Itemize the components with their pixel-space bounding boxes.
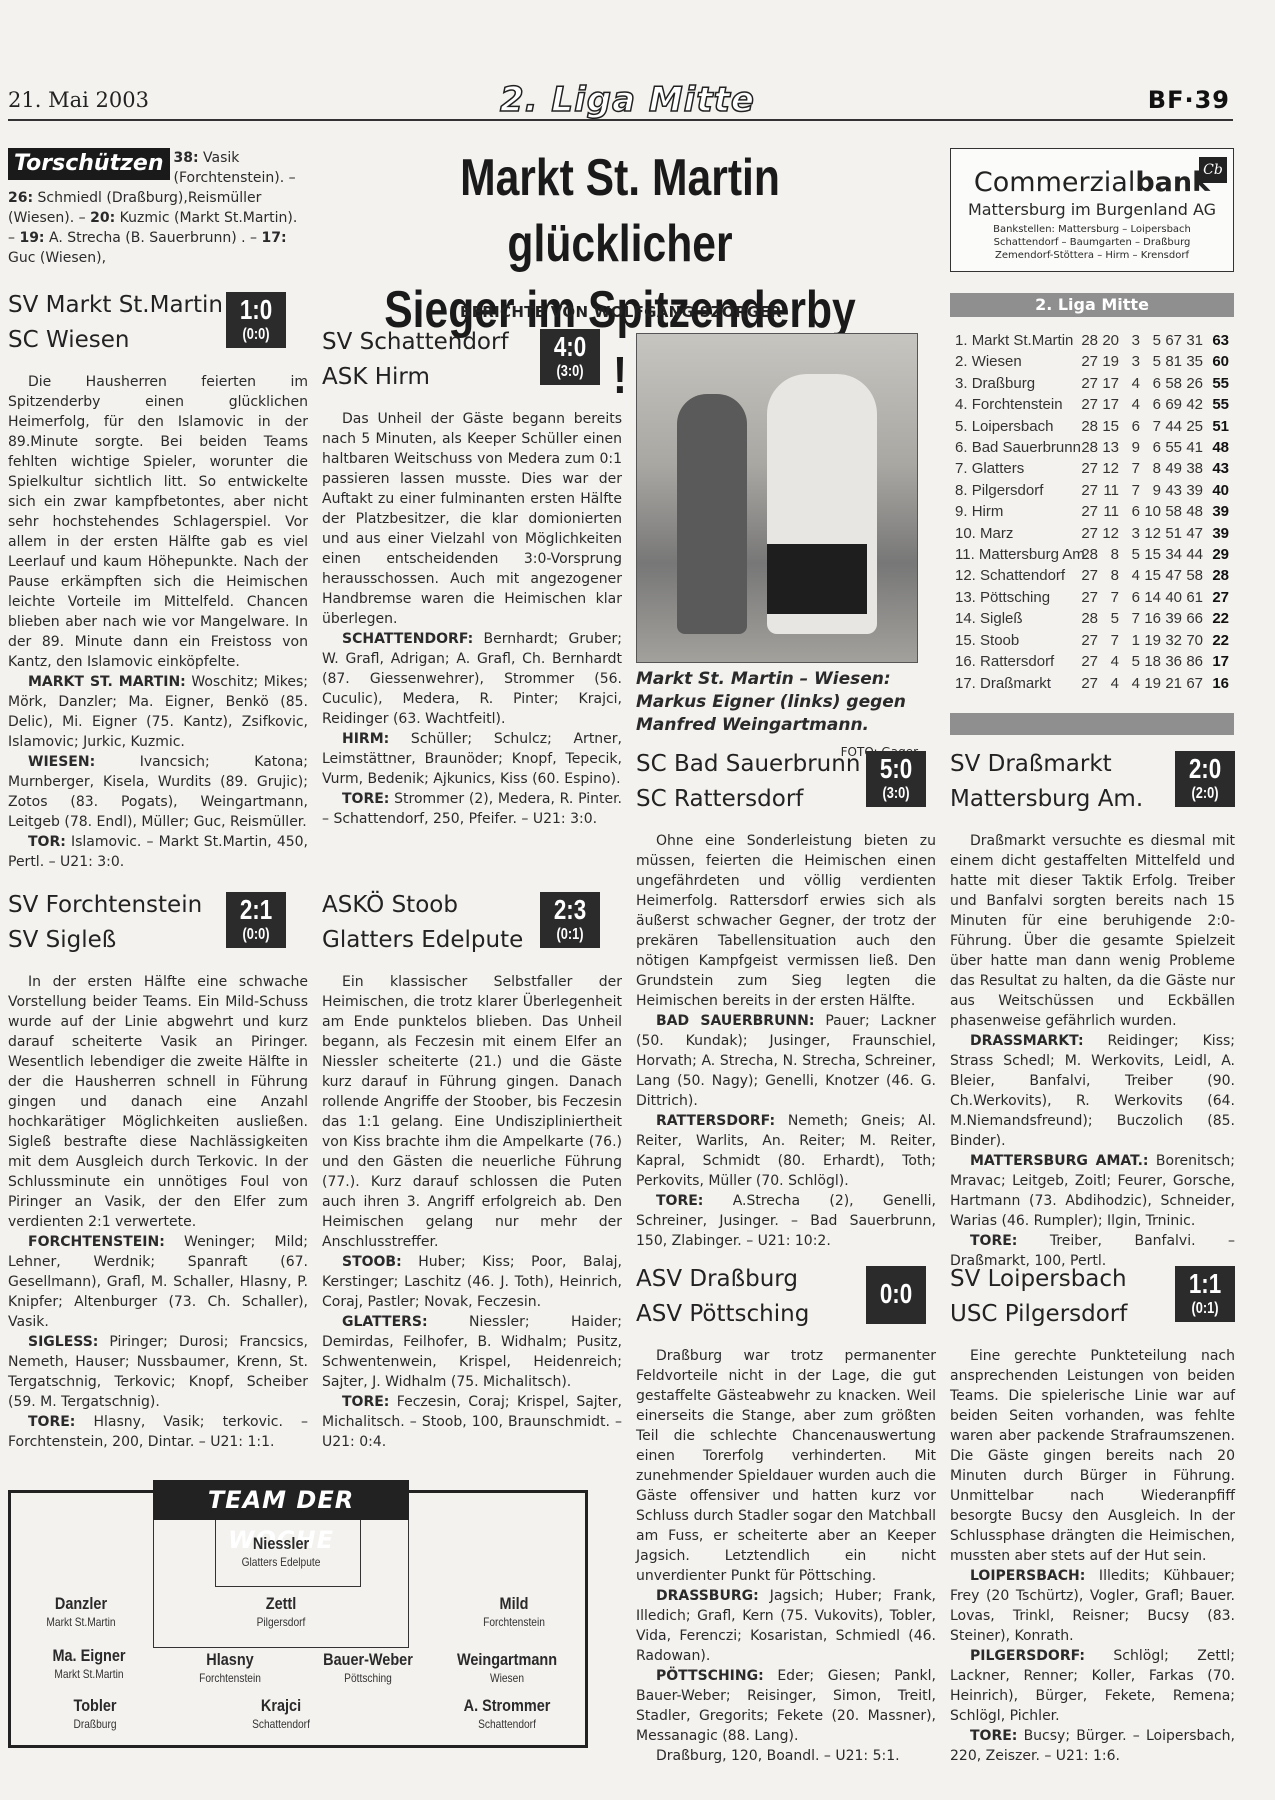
standings-cell-tf: 36 <box>1161 651 1182 672</box>
player-danzler: DanzlerMarkt St.Martin <box>6 1594 156 1630</box>
standings-cell-p: 43 <box>1203 458 1229 479</box>
standings-cell-p: 60 <box>1203 351 1229 372</box>
goals-line: Draßburg, 120, Boandl. – U21: 5:1. <box>636 1746 936 1766</box>
standings-cell-u: 7 <box>1119 480 1140 501</box>
standings-cell-team: 16. Rattersdorf <box>955 651 1077 672</box>
goals-line: TORE: A.Strecha (2), Genelli, Schreiner,… <box>636 1191 936 1251</box>
standings-row: 12. Schattendorf278415475828 <box>955 565 1235 586</box>
column-3b: ASV Draßburg ASV Pöttsching 0:0 Draßburg… <box>636 1262 936 1766</box>
standings-cell-ta: 61 <box>1182 587 1203 608</box>
game-header: SV Forchtenstein SV Sigleß 2:1(0:0) <box>8 888 308 960</box>
standings-cell-team: 1. Markt St.Martin <box>955 330 1077 351</box>
standings-cell-n: 15 <box>1140 544 1161 565</box>
standings-cell-n: 15 <box>1140 565 1161 586</box>
bank-name: Commerzialbank <box>951 167 1233 198</box>
standings-cell-s: 19 <box>1098 351 1119 372</box>
standings-cell-tf: 39 <box>1161 608 1182 629</box>
commerzialbank-ad: Cb Commerzialbank Mattersburg im Burgenl… <box>950 148 1234 272</box>
standings-cell-tf: 58 <box>1161 501 1182 522</box>
standings-title: 2. Liga Mitte <box>950 293 1234 317</box>
standings-table: 1. Markt St.Martin2820356731632. Wiesen2… <box>955 330 1235 694</box>
standings-cell-u: 4 <box>1119 673 1140 694</box>
match-report: Draßmarkt versuchte es diesmal mit einem… <box>950 831 1235 1031</box>
standings-footer-bar <box>950 713 1234 735</box>
standings-cell-team: 12. Schattendorf <box>955 565 1077 586</box>
match-report: Die Hausherren feierten im Spitzenderby … <box>8 372 308 672</box>
section-title: 2. Liga Mitte <box>500 80 755 120</box>
standings-row: 13. Pöttsching277614406127 <box>955 587 1235 608</box>
standings-cell-n: 19 <box>1140 630 1161 651</box>
player-zettl: ZettlPilgersdorf <box>206 1594 356 1630</box>
standings-cell-sp: 27 <box>1077 480 1098 501</box>
match-report: Draßburg war trotz permanenter Feldvorte… <box>636 1346 936 1586</box>
standings-cell-ta: 31 <box>1182 330 1203 351</box>
bank-subtitle: Mattersburg im Burgenland AG <box>951 200 1233 219</box>
standings-cell-p: 29 <box>1203 544 1229 565</box>
standings-cell-sp: 27 <box>1077 394 1098 415</box>
column-4b: SV Loipersbach USC Pilgersdorf 1:1(0:1) … <box>950 1262 1235 1766</box>
match-photo <box>636 333 918 663</box>
standings-cell-tf: 51 <box>1161 523 1182 544</box>
standings-row: 14. Sigleß285716396622 <box>955 608 1235 629</box>
match-report: Ohne eine Sonderleistung bieten zu müsse… <box>636 831 936 1011</box>
standings-cell-s: 4 <box>1098 673 1119 694</box>
standings-cell-team: 14. Sigleß <box>955 608 1077 629</box>
standings-cell-p: 22 <box>1203 630 1229 651</box>
away-lineup: RATTERSDORF: Nemeth; Gneis; Al. Reiter, … <box>636 1111 936 1191</box>
player-mild: MildForchtenstein <box>439 1594 589 1630</box>
standings-cell-sp: 27 <box>1077 501 1098 522</box>
standings-cell-p: 51 <box>1203 416 1229 437</box>
standings-cell-s: 13 <box>1098 437 1119 458</box>
standings-row: 4. Forchtenstein271746694255 <box>955 394 1235 415</box>
game-header: ASKÖ Stoob Glatters Edelpute 2:3(0:1) <box>322 888 622 960</box>
standings-cell-u: 5 <box>1119 651 1140 672</box>
standings-cell-s: 8 <box>1098 565 1119 586</box>
standings-cell-s: 4 <box>1098 651 1119 672</box>
standings-cell-p: 27 <box>1203 587 1229 608</box>
goals-line: TORE: Feczesin, Coraj; Krispel, Sajter, … <box>322 1392 622 1452</box>
score-badge: 2:3(0:1) <box>540 892 600 948</box>
standings-cell-ta: 38 <box>1182 458 1203 479</box>
standings-cell-ta: 47 <box>1182 523 1203 544</box>
standings-cell-ta: 48 <box>1182 501 1203 522</box>
standings-cell-tf: 43 <box>1161 480 1182 501</box>
standings-cell-n: 8 <box>1140 458 1161 479</box>
match-report: Das Unheil der Gäste begann bereits nach… <box>322 409 622 629</box>
standings-cell-ta: 26 <box>1182 373 1203 394</box>
standings-cell-p: 40 <box>1203 480 1229 501</box>
standings-row: 17. Draßmarkt274419216716 <box>955 673 1235 694</box>
away-lineup: PILGERSDORF: Schlögl; Zettl; Lackner, Re… <box>950 1646 1235 1726</box>
standings-row: 6. Bad Sauerbrunn281396554148 <box>955 437 1235 458</box>
standings-cell-s: 7 <box>1098 630 1119 651</box>
standings-cell-u: 4 <box>1119 394 1140 415</box>
standings-row: 16. Rattersdorf274518368617 <box>955 651 1235 672</box>
standings-cell-p: 55 <box>1203 394 1229 415</box>
standings-cell-p: 48 <box>1203 437 1229 458</box>
score-badge: 5:0(3:0) <box>866 751 926 807</box>
standings-cell-p: 22 <box>1203 608 1229 629</box>
away-lineup: HIRM: Schüller; Schulcz; Artner, Leimstä… <box>322 729 622 789</box>
away-lineup: SIGLESS: Piringer; Durosi; Francsics, Ne… <box>8 1332 308 1412</box>
standings-cell-team: 7. Glatters <box>955 458 1077 479</box>
standings-cell-sp: 27 <box>1077 565 1098 586</box>
standings-cell-s: 5 <box>1098 608 1119 629</box>
standings-cell-team: 3. Draßburg <box>955 373 1077 394</box>
standings-cell-n: 16 <box>1140 608 1161 629</box>
standings-cell-u: 7 <box>1119 608 1140 629</box>
home-lineup: STOOB: Huber; Kiss; Poor, Balaj, Kerstin… <box>322 1252 622 1312</box>
standings-cell-sp: 27 <box>1077 351 1098 372</box>
standings-cell-u: 3 <box>1119 351 1140 372</box>
score-badge: 1:1(0:1) <box>1175 1266 1235 1322</box>
team-of-week-title: TEAM DER WOCHE <box>153 1480 409 1520</box>
game-header: SV Markt St.Martin SC Wiesen 1:0(0:0) <box>8 288 308 360</box>
standings-cell-u: 4 <box>1119 565 1140 586</box>
column-1b: SV Forchtenstein SV Sigleß 2:1(0:0) In d… <box>8 888 308 1452</box>
standings-row: 9. Hirm2711610584839 <box>955 501 1235 522</box>
standings-cell-sp: 28 <box>1077 437 1098 458</box>
standings-cell-sp: 27 <box>1077 373 1098 394</box>
standings-cell-ta: 86 <box>1182 651 1203 672</box>
standings-row: 2. Wiesen271935813560 <box>955 351 1235 372</box>
standings-row: 10. Marz2712312514739 <box>955 523 1235 544</box>
standings-cell-u: 3 <box>1119 523 1140 544</box>
standings-cell-u: 7 <box>1119 458 1140 479</box>
home-lineup: BAD SAUERBRUNN: Pauer; Lackner (50. Kund… <box>636 1011 936 1111</box>
score-badge: 4:0(3:0) <box>540 329 600 385</box>
standings-cell-sp: 28 <box>1077 544 1098 565</box>
home-lineup: DRASSMARKT: Reidinger; Kiss; Strass Sche… <box>950 1031 1235 1151</box>
top-scorers-label: Torschützen <box>8 148 170 180</box>
standings-cell-u: 6 <box>1119 416 1140 437</box>
standings-cell-tf: 67 <box>1161 330 1182 351</box>
standings-cell-ta: 39 <box>1182 480 1203 501</box>
standings-cell-p: 39 <box>1203 501 1229 522</box>
standings-cell-tf: 21 <box>1161 673 1182 694</box>
standings-cell-sp: 28 <box>1077 330 1098 351</box>
game-header: SV Schattendorf ASK Hirm 4:0(3:0) <box>322 325 622 397</box>
standings-cell-team: 8. Pilgersdorf <box>955 480 1077 501</box>
standings-cell-p: 17 <box>1203 651 1229 672</box>
standings-cell-s: 11 <box>1098 480 1119 501</box>
standings-cell-sp: 28 <box>1077 608 1098 629</box>
player-krajci: KrajciSchattendorf <box>206 1696 356 1732</box>
standings-cell-s: 12 <box>1098 458 1119 479</box>
player-figure-left <box>677 394 747 634</box>
standings-cell-ta: 35 <box>1182 351 1203 372</box>
home-lineup: LOIPERSBACH: Illedits; Kühbauer; Frey (2… <box>950 1566 1235 1646</box>
standings-row: 15. Stoob277119327022 <box>955 630 1235 651</box>
standings-cell-n: 10 <box>1140 501 1161 522</box>
standings-cell-sp: 27 <box>1077 673 1098 694</box>
home-lineup: DRASSBURG: Jagsich; Huber; Frank, Illedi… <box>636 1586 936 1666</box>
standings-cell-n: 6 <box>1140 373 1161 394</box>
standings-cell-sp: 27 <box>1077 458 1098 479</box>
home-lineup: MARKT ST. MARTIN: Woschitz; Mikes; Mörk,… <box>8 672 308 752</box>
standings-cell-ta: 42 <box>1182 394 1203 415</box>
standings-cell-s: 17 <box>1098 373 1119 394</box>
standings-cell-s: 20 <box>1098 330 1119 351</box>
standings-cell-team: 4. Forchtenstein <box>955 394 1077 415</box>
standings-cell-p: 16 <box>1203 673 1229 694</box>
standings-cell-tf: 44 <box>1161 416 1182 437</box>
standings-cell-u: 6 <box>1119 587 1140 608</box>
standings-cell-n: 9 <box>1140 480 1161 501</box>
player-a-strommer: A. StrommerSchattendorf <box>432 1696 582 1732</box>
standings-cell-tf: 32 <box>1161 630 1182 651</box>
standings-cell-tf: 47 <box>1161 565 1182 586</box>
page-number: BF·39 <box>1148 86 1230 114</box>
column-1: SV Markt St.Martin SC Wiesen 1:0(0:0) Di… <box>8 288 308 872</box>
scorer-entry: 19: A. Strecha (B. Sauerbrunn) . – <box>19 230 261 246</box>
top-scorers-box: Torschützen 38: Vasik (Forchtenstein). –… <box>8 148 308 268</box>
standings-cell-sp: 27 <box>1077 630 1098 651</box>
standings-cell-n: 7 <box>1140 416 1161 437</box>
game-header: SC Bad Sauerbrunn SC Rattersdorf 5:0(3:0… <box>636 747 936 819</box>
standings-cell-team: 17. Draßmarkt <box>955 673 1077 694</box>
match-report: Eine gerechte Punkteteilung nach ansprec… <box>950 1346 1235 1566</box>
standings-row: 3. Draßburg271746582655 <box>955 373 1235 394</box>
standings-cell-s: 11 <box>1098 501 1119 522</box>
standings-cell-n: 5 <box>1140 330 1161 351</box>
away-lineup: WIESEN: Ivancsich; Katona; Murnberger, K… <box>8 752 308 832</box>
standings-cell-p: 63 <box>1203 330 1229 351</box>
standings-cell-tf: 34 <box>1161 544 1182 565</box>
standings-cell-u: 3 <box>1119 330 1140 351</box>
standings-cell-n: 6 <box>1140 437 1161 458</box>
score-badge: 2:0(2:0) <box>1175 751 1235 807</box>
standings-cell-p: 28 <box>1203 565 1229 586</box>
standings-cell-tf: 55 <box>1161 437 1182 458</box>
standings-cell-tf: 69 <box>1161 394 1182 415</box>
byline: BERICHTE VON WOLFGANG SZORGER <box>460 303 782 321</box>
standings-cell-p: 55 <box>1203 373 1229 394</box>
column-3: SC Bad Sauerbrunn SC Rattersdorf 5:0(3:0… <box>636 747 936 1251</box>
standings-cell-s: 7 <box>1098 587 1119 608</box>
standings-cell-u: 5 <box>1119 544 1140 565</box>
player-ma-eigner: Ma. EignerMarkt St.Martin <box>14 1646 164 1682</box>
score-badge: 2:1(0:0) <box>226 892 286 948</box>
standings-cell-team: 5. Loipersbach <box>955 416 1077 437</box>
game-header: SV Draßmarkt Mattersburg Am. 2:0(2:0) <box>950 747 1235 819</box>
scorer-entry: 38: Vasik (Forchtenstein). – <box>174 150 296 186</box>
standings-cell-ta: 70 <box>1182 630 1203 651</box>
column-4: SV Draßmarkt Mattersburg Am. 2:0(2:0) Dr… <box>950 747 1235 1271</box>
goals-line: TORE: Strommer (2), Medera, R. Pinter. –… <box>322 789 622 829</box>
header-rule <box>8 119 1233 121</box>
standings-cell-sp: 27 <box>1077 523 1098 544</box>
home-lineup: FORCHTENSTEIN: Weninger; Mild; Lehner, W… <box>8 1232 308 1332</box>
standings-cell-ta: 66 <box>1182 608 1203 629</box>
standings-cell-n: 19 <box>1140 673 1161 694</box>
bank-logo-icon: Cb <box>1199 157 1227 183</box>
standings-cell-n: 5 <box>1140 351 1161 372</box>
standings-cell-u: 6 <box>1119 501 1140 522</box>
standings-cell-team: 2. Wiesen <box>955 351 1077 372</box>
standings-cell-sp: 27 <box>1077 587 1098 608</box>
standings-cell-u: 1 <box>1119 630 1140 651</box>
away-lineup: PÖTTSCHING: Eder; Giesen; Pankl, Bauer-W… <box>636 1666 936 1746</box>
standings-cell-s: 12 <box>1098 523 1119 544</box>
standings-row: 1. Markt St.Martin282035673163 <box>955 330 1235 351</box>
standings-cell-s: 15 <box>1098 416 1119 437</box>
standings-cell-s: 17 <box>1098 394 1119 415</box>
score-badge: 0:0 <box>866 1266 926 1324</box>
game-header: ASV Draßburg ASV Pöttsching 0:0 <box>636 1262 936 1334</box>
standings-cell-u: 9 <box>1119 437 1140 458</box>
standings-row: 8. Pilgersdorf271179433940 <box>955 480 1235 501</box>
issue-date: 21. Mai 2003 <box>8 88 149 112</box>
standings-cell-team: 15. Stoob <box>955 630 1077 651</box>
goals-line: TOR: Islamovic. – Markt St.Martin, 450, … <box>8 832 308 872</box>
game-header: SV Loipersbach USC Pilgersdorf 1:1(0:1) <box>950 1262 1235 1334</box>
standings-cell-n: 6 <box>1140 394 1161 415</box>
standings-cell-s: 8 <box>1098 544 1119 565</box>
match-report: Ein klassischer Selbstfaller der Heimisc… <box>322 972 622 1252</box>
standings-cell-ta: 58 <box>1182 565 1203 586</box>
standings-cell-ta: 25 <box>1182 416 1203 437</box>
player-tobler: ToblerDraßburg <box>20 1696 170 1732</box>
standings-cell-team: 13. Pöttsching <box>955 587 1077 608</box>
standings-cell-n: 12 <box>1140 523 1161 544</box>
standings-cell-sp: 28 <box>1077 416 1098 437</box>
standings-cell-tf: 40 <box>1161 587 1182 608</box>
player-niessler: NiesslerGlatters Edelpute <box>206 1534 356 1570</box>
score-badge: 1:0(0:0) <box>226 292 286 348</box>
goals-line: TORE: Bucsy; Bürger. – Loipersbach, 220,… <box>950 1726 1235 1766</box>
standings-cell-tf: 49 <box>1161 458 1182 479</box>
standings-cell-team: 10. Marz <box>955 523 1077 544</box>
player-hlasny: HlasnyForchtenstein <box>155 1650 305 1686</box>
standings-cell-u: 4 <box>1119 373 1140 394</box>
standings-cell-ta: 41 <box>1182 437 1203 458</box>
standings-cell-n: 14 <box>1140 587 1161 608</box>
standings-cell-team: 9. Hirm <box>955 501 1077 522</box>
standings-row: 5. Loipersbach281567442551 <box>955 416 1235 437</box>
standings-cell-team: 6. Bad Sauerbrunn <box>955 437 1077 458</box>
standings-row: 11. Mattersburg Am.288515344429 <box>955 544 1235 565</box>
bank-branches: Bankstellen: Mattersburg – Loipersbach S… <box>951 223 1233 262</box>
match-report: In der ersten Hälfte eine schwache Vorst… <box>8 972 308 1232</box>
goals-line: TORE: Hlasny, Vasik; terkovic. – Forchte… <box>8 1412 308 1452</box>
standings-cell-tf: 81 <box>1161 351 1182 372</box>
standings-cell-ta: 44 <box>1182 544 1203 565</box>
column-2: SV Schattendorf ASK Hirm 4:0(3:0) Das Un… <box>322 325 622 829</box>
home-lineup: SCHATTENDORF: Bernhardt; Gruber; W. Graf… <box>322 629 622 729</box>
standings-cell-team: 11. Mattersburg Am. <box>955 544 1077 565</box>
standings-row: 7. Glatters271278493843 <box>955 458 1235 479</box>
column-2b: ASKÖ Stoob Glatters Edelpute 2:3(0:1) Ei… <box>322 888 622 1452</box>
away-lineup: GLATTERS: Niessler; Haider; Demirdas, Fe… <box>322 1312 622 1392</box>
standings-cell-n: 18 <box>1140 651 1161 672</box>
standings-cell-p: 39 <box>1203 523 1229 544</box>
player-weingartmann: WeingartmannWiesen <box>432 1650 582 1686</box>
standings-cell-sp: 27 <box>1077 651 1098 672</box>
away-lineup: MATTERSBURG AMAT.: Borenitsch; Mravac; L… <box>950 1151 1235 1231</box>
standings-cell-tf: 58 <box>1161 373 1182 394</box>
player-bauer-weber: Bauer-WeberPöttsching <box>293 1650 443 1686</box>
standings-cell-ta: 67 <box>1182 673 1203 694</box>
